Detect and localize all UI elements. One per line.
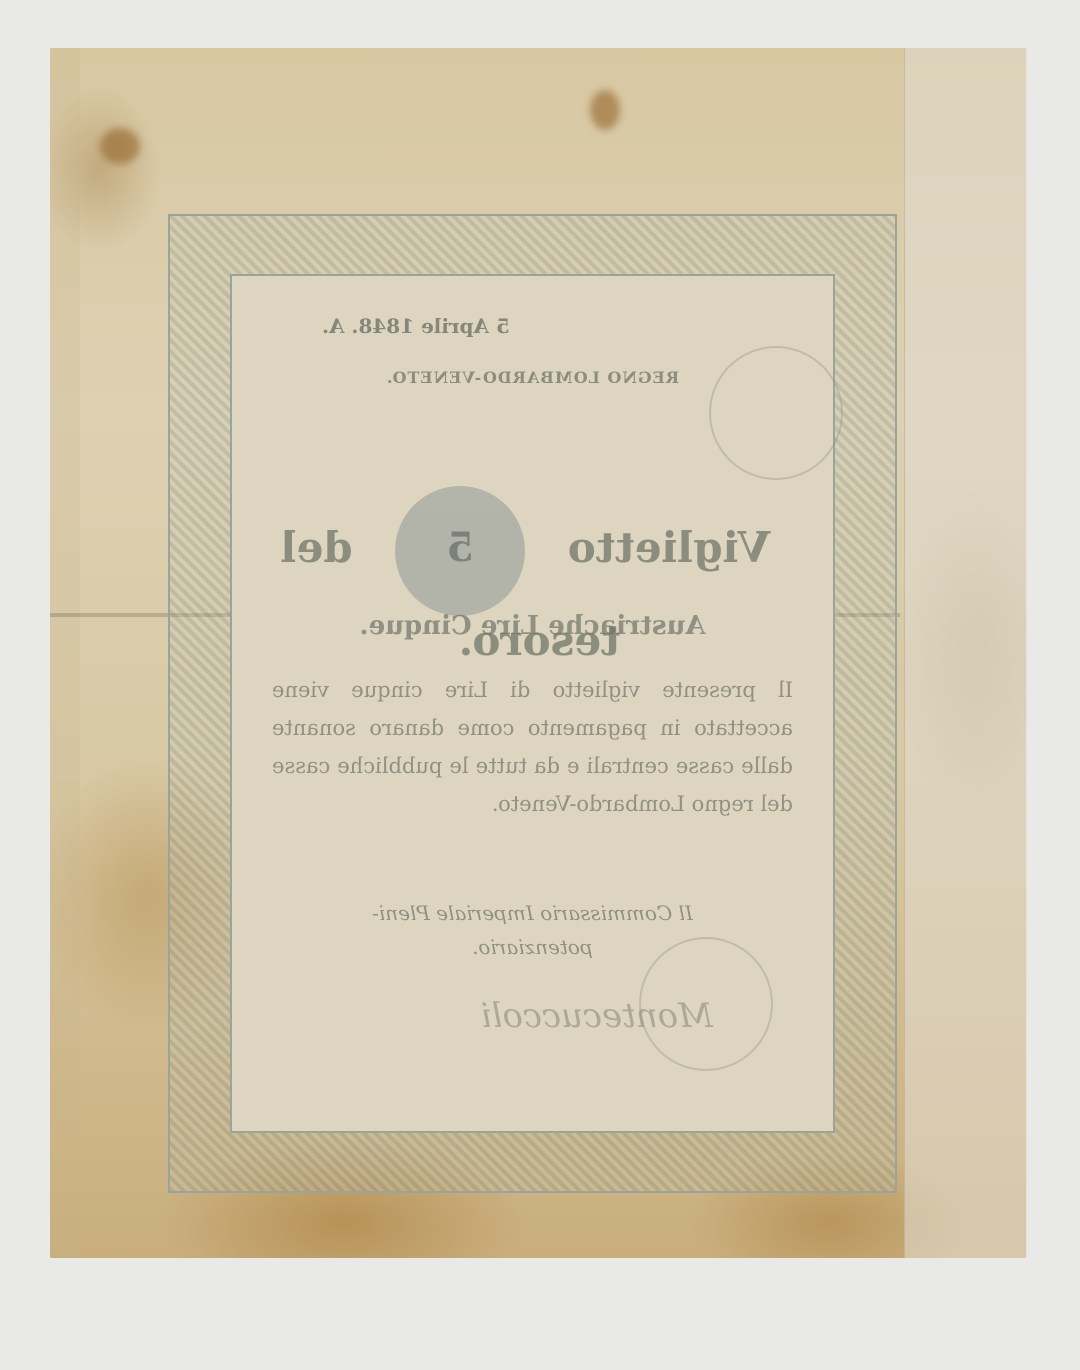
- stain-spot: [100, 128, 140, 164]
- repair-tape-strip: [904, 48, 1027, 1258]
- stain-spot: [590, 90, 620, 130]
- ornamental-border: 5 Aprile 1848. A. REGNO LOMBARDO-VENETO.…: [168, 214, 897, 1193]
- denomination-numeral: 5: [395, 524, 525, 571]
- denomination-seal: 5: [395, 486, 525, 616]
- note-body-text: Il presente viglietto di Lire cinque vie…: [272, 671, 793, 823]
- date-text: 5 Aprile 1848.: [351, 314, 509, 338]
- paper-edge-discoloration: [50, 48, 80, 1258]
- issue-date: 5 Aprile 1848. A.: [322, 314, 510, 338]
- signatory-title-line-1: Il Commissario Imperiale Pleni-: [232, 896, 833, 930]
- embossed-stamp-bottom: [639, 937, 773, 1071]
- note-inner-field: 5 Aprile 1848. A. REGNO LOMBARDO-VENETO.…: [230, 274, 835, 1133]
- embossed-stamp-top: [709, 346, 843, 480]
- amount-line: Austriache Lire Cinque.: [232, 611, 833, 641]
- title-left: Viglietto: [568, 523, 771, 572]
- series-letter: A.: [322, 314, 344, 338]
